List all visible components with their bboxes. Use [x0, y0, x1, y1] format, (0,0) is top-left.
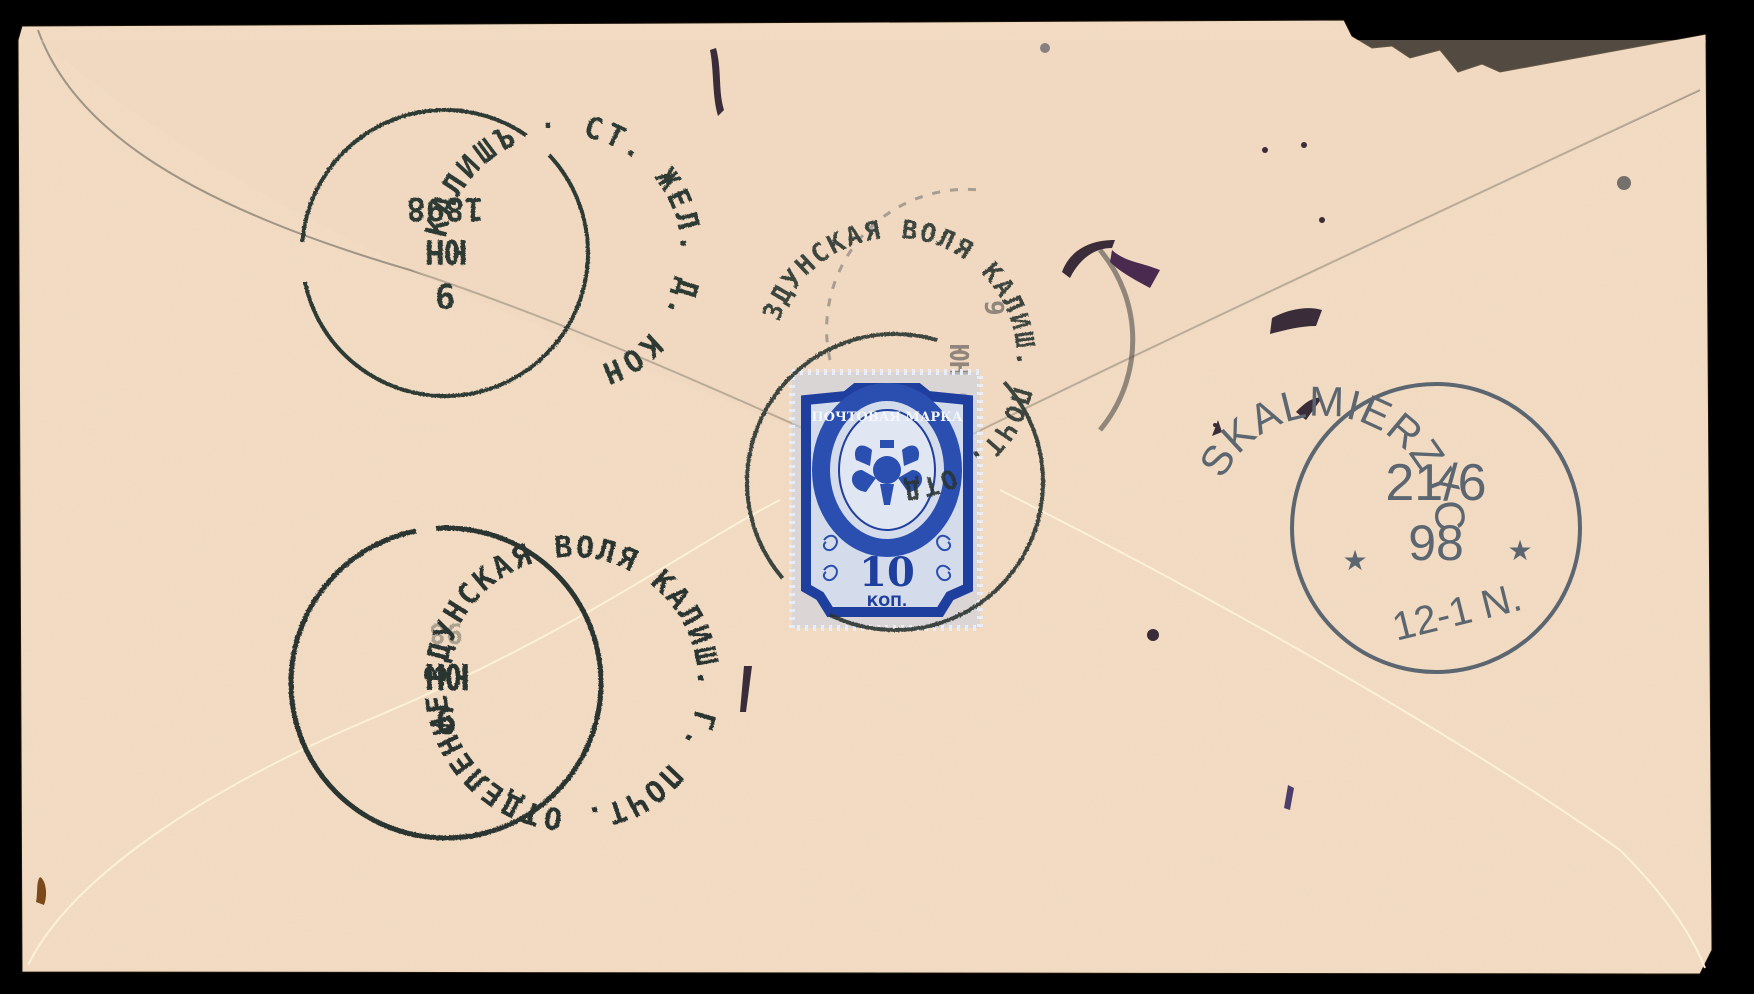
stamp-value-number: 10: [859, 549, 915, 596]
postage-stamp: ПОЧТОВАЯ МАРКА 10 КОП.: [792, 372, 980, 628]
star-icon: ★: [1507, 535, 1532, 566]
star-icon: ★: [1342, 545, 1367, 576]
postmark-date: 21/6: [1385, 454, 1486, 512]
stamp-top-text: ПОЧТОВАЯ МАРКА: [811, 410, 963, 425]
postmark-month: ЮН: [425, 231, 466, 271]
postmark-month: ЮН: [424, 655, 467, 696]
postmark-day: 9: [435, 275, 455, 315]
postmark-year: 98: [1408, 515, 1464, 571]
postmark-year: 98: [429, 617, 463, 650]
stamp-value-unit: КОП.: [867, 594, 907, 610]
postmark-year: 1898: [406, 190, 483, 228]
envelope-scan: КАЛИШЪ · СТ. ЖЕЛ. Д. КОН 9 ЮН 1898 9 ЮН …: [0, 0, 1754, 994]
postmark-day: 9: [435, 699, 457, 740]
